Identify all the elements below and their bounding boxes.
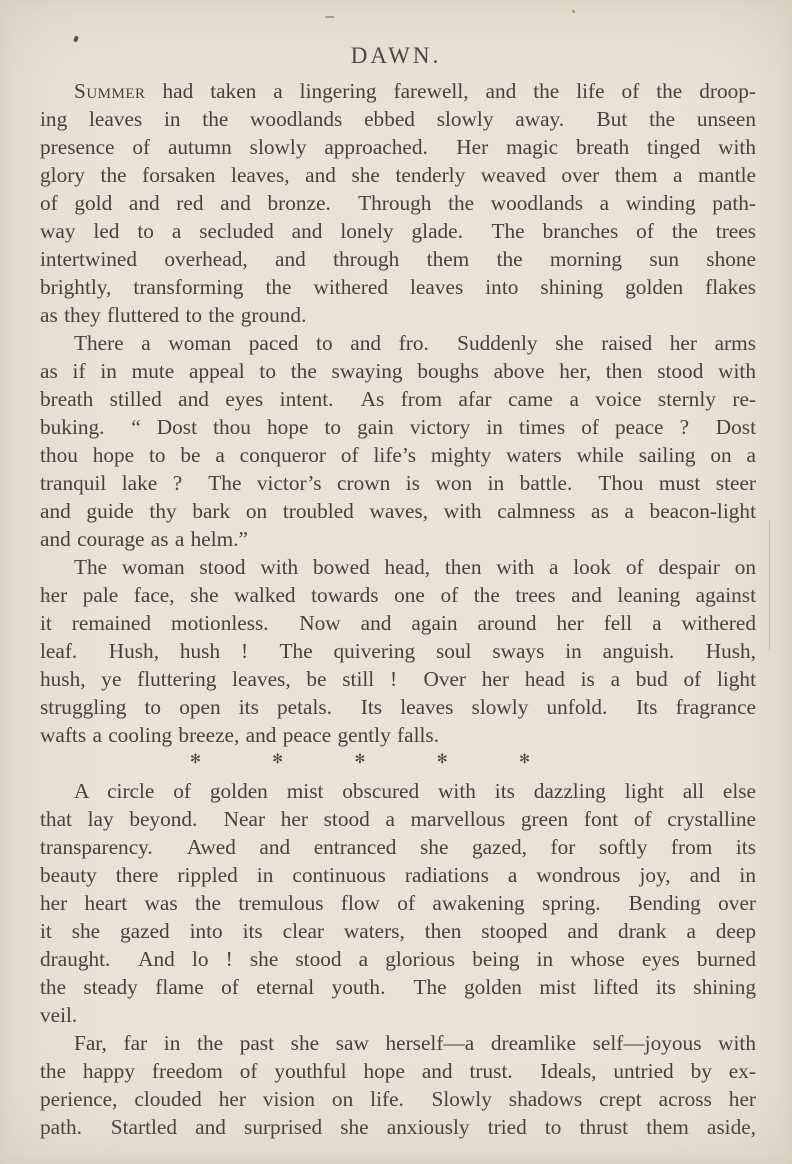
text-line: Far, far in the past she saw herself—a d… (40, 1029, 756, 1057)
page-title: DAWN. (0, 0, 792, 67)
text-block: Summer had taken a lingering farewell, a… (40, 77, 756, 1141)
text-line: her pale face, she walked towards one of… (40, 581, 756, 609)
asterisk-icon: ✻ (272, 749, 283, 771)
text-line: as if in mute appeal to the swaying boug… (40, 357, 756, 385)
paragraph: There a woman paced to and fro. Suddenly… (40, 329, 756, 553)
text-line: intertwined overhead, and through them t… (40, 245, 756, 273)
text-line: veil. (40, 1001, 756, 1029)
text-line: Summer had taken a lingering farewell, a… (40, 77, 756, 105)
text-line: A circle of golden mist obscured with it… (40, 777, 756, 805)
book-page: DAWN. Summer had taken a lingering farew… (0, 0, 792, 1164)
asterisk-divider: ✻✻✻✻✻ (190, 749, 530, 777)
smallcaps-lead-word: Summer (74, 79, 146, 103)
text-line: draught. And lo ! she stood a glorious b… (40, 945, 756, 973)
line-text: had taken a lingering farewell, and the … (146, 79, 756, 103)
text-line: brightly, transforming the withered leav… (40, 273, 756, 301)
paragraph: Far, far in the past she saw herself—a d… (40, 1029, 756, 1141)
text-line: it she gazed into its clear waters, then… (40, 917, 756, 945)
text-line: struggling to open its petals. Its leave… (40, 693, 756, 721)
text-line: glory the forsaken leaves, and she tende… (40, 161, 756, 189)
asterisk-icon: ✻ (437, 749, 448, 771)
paragraph: The woman stood with bowed head, then wi… (40, 553, 756, 749)
text-line: There a woman paced to and fro. Suddenly… (40, 329, 756, 357)
text-line: wafts a cooling breeze, and peace gently… (40, 721, 756, 749)
text-line: The woman stood with bowed head, then wi… (40, 553, 756, 581)
text-line: of gold and red and bronze. Through the … (40, 189, 756, 217)
text-line: transparency. Awed and entranced she gaz… (40, 833, 756, 861)
text-line: path. Startled and surprised she anxious… (40, 1113, 756, 1141)
paragraph: A circle of golden mist obscured with it… (40, 777, 756, 1029)
text-line: ing leaves in the woodlands ebbed slowly… (40, 105, 756, 133)
text-line: way led to a secluded and lonely glade. … (40, 217, 756, 245)
text-line: the steady flame of eternal youth. The g… (40, 973, 756, 1001)
text-line: that lay beyond. Near her stood a marvel… (40, 805, 756, 833)
text-line: presence of autumn slowly approached. He… (40, 133, 756, 161)
text-line: perience, clouded her vision on life. Sl… (40, 1085, 756, 1113)
paper-crease (769, 520, 770, 650)
text-line: leaf. Hush, hush ! The quivering soul sw… (40, 637, 756, 665)
text-line: beauty there rippled in continuous radia… (40, 861, 756, 889)
asterisk-icon: ✻ (519, 749, 530, 771)
text-line: the happy freedom of youthful hope and t… (40, 1057, 756, 1085)
asterisk-icon: ✻ (190, 749, 201, 771)
text-line: breath stilled and eyes intent. As from … (40, 385, 756, 413)
text-line: it remained motionless. Now and again ar… (40, 609, 756, 637)
text-line: as they fluttered to the ground. (40, 301, 756, 329)
text-line: tranquil lake ? The victor’s crown is wo… (40, 469, 756, 497)
text-line: and courage as a helm.” (40, 525, 756, 553)
text-line: hush, ye fluttering leaves, be still ! O… (40, 665, 756, 693)
text-line: thou hope to be a conqueror of life’s mi… (40, 441, 756, 469)
paragraph: Summer had taken a lingering farewell, a… (40, 77, 756, 329)
asterisk-icon: ✻ (355, 749, 366, 771)
text-line: buking. “ Dost thou hope to gain victory… (40, 413, 756, 441)
text-line: and guide thy bark on troubled waves, wi… (40, 497, 756, 525)
text-line: her heart was the tremulous flow of awak… (40, 889, 756, 917)
